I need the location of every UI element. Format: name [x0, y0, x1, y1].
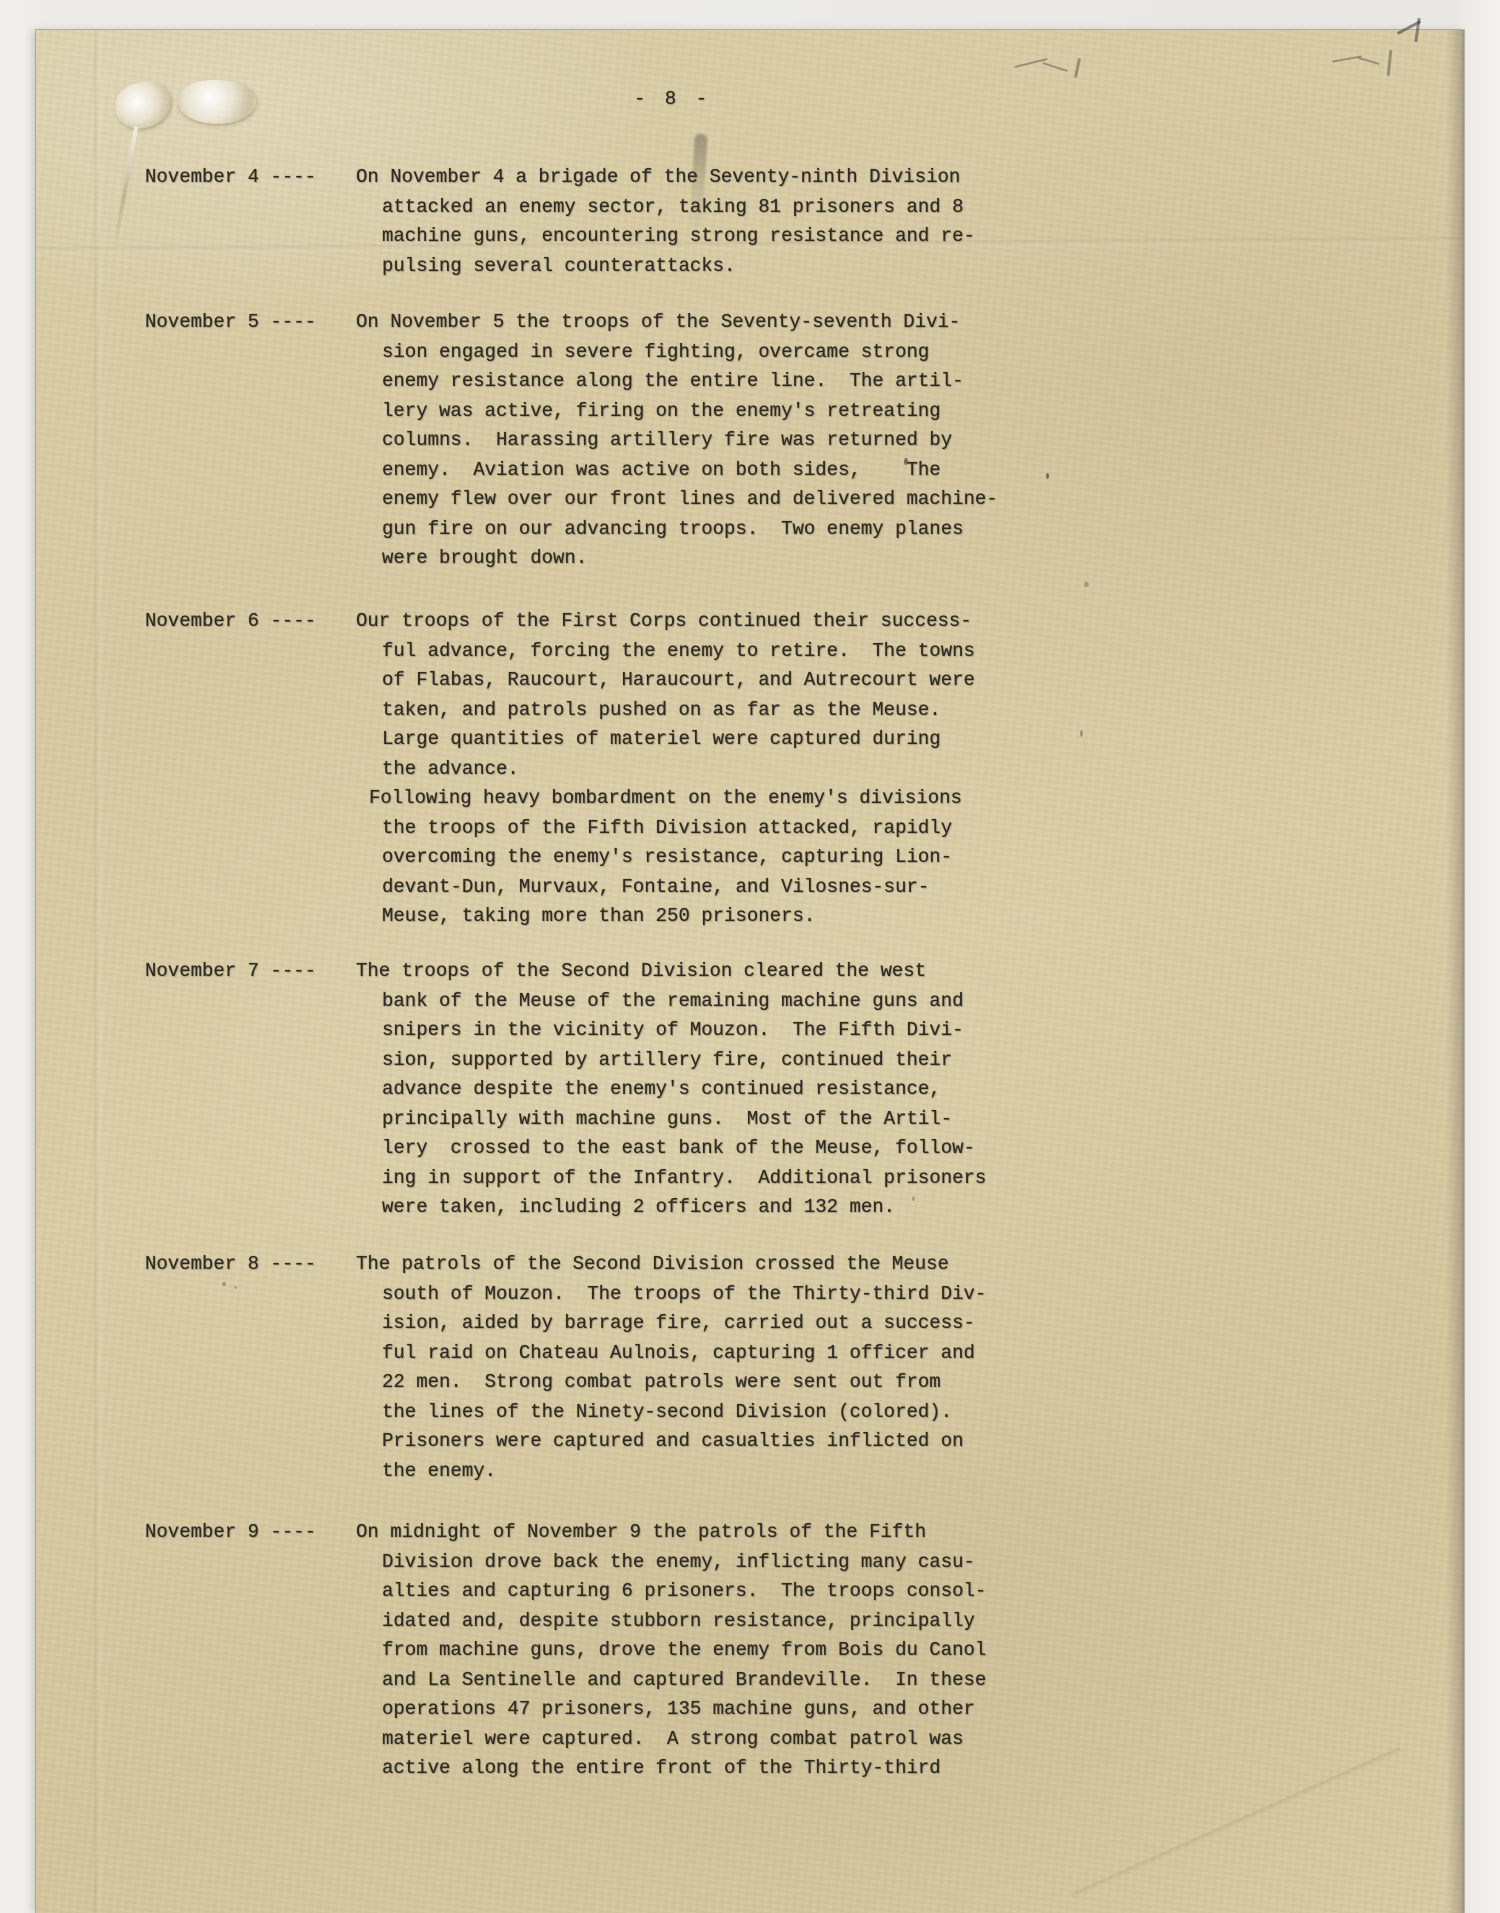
entry-text-line: pulsing several counterattacks.: [382, 252, 1464, 282]
entry-text-line: Our troops of the First Corps continued …: [356, 607, 1464, 637]
entry-paragraph: Following heavy bombardment on the enemy…: [356, 784, 1464, 932]
entry-text-line: attacked an enemy sector, taking 81 pris…: [382, 193, 1464, 223]
entry-text-line: Division drove back the enemy, inflictin…: [382, 1548, 1464, 1578]
entry-text-line: were taken, including 2 officers and 132…: [382, 1193, 1464, 1223]
entry-body: On November 4 a brigade of the Seventy-n…: [356, 163, 1464, 281]
entry-text-line: and La Sentinelle and captured Brandevil…: [382, 1666, 1464, 1696]
entry-text-line: 22 men. Strong combat patrols were sent …: [382, 1368, 1464, 1398]
entry-text-line: idated and, despite stubborn resistance,…: [382, 1607, 1464, 1637]
entry-date: November 7 ----: [145, 957, 356, 1223]
entry-paragraph: On November 4 a brigade of the Seventy-n…: [356, 163, 1464, 281]
entry-paragraph: On November 5 the troops of the Seventy-…: [356, 308, 1464, 574]
entry-text-line: sion engaged in severe fighting, overcam…: [382, 338, 1464, 368]
entry-text-line: materiel were captured. A strong combat …: [382, 1725, 1464, 1755]
journal-entry: November 8 ---- The patrols of the Secon…: [36, 1250, 1464, 1486]
entry-text-line: were brought down.: [382, 544, 1464, 574]
typewritten-content: - 8 - November 4 ---- On November 4 a br…: [36, 30, 1464, 1913]
entry-text-line: Large quantities of materiel were captur…: [382, 725, 1464, 755]
entry-paragraph: Our troops of the First Corps continued …: [356, 607, 1464, 784]
entry-text-line: active along the entire front of the Thi…: [382, 1754, 1464, 1784]
journal-entry: November 4 ---- On November 4 a brigade …: [36, 163, 1464, 281]
entry-text-line: columns. Harassing artillery fire was re…: [382, 426, 1464, 456]
entry-text-line: enemy flew over our front lines and deli…: [382, 485, 1464, 515]
entry-text-line: Meuse, taking more than 250 prisoners.: [382, 902, 1464, 932]
entry-text-line: The troops of the Second Division cleare…: [356, 957, 1464, 987]
entry-text-line: taken, and patrols pushed on as far as t…: [382, 696, 1464, 726]
entry-text-line: snipers in the vicinity of Mouzon. The F…: [382, 1016, 1464, 1046]
entry-text-line: ful raid on Chateau Aulnois, capturing 1…: [382, 1339, 1464, 1369]
page-number: - 8 -: [634, 88, 711, 110]
entry-text-line: of Flabas, Raucourt, Haraucourt, and Aut…: [382, 666, 1464, 696]
entry-text-line: On November 4 a brigade of the Seventy-n…: [356, 163, 1464, 193]
entry-body: On midnight of November 9 the patrols of…: [356, 1518, 1464, 1784]
entry-text-line: devant-Dun, Murvaux, Fontaine, and Vilos…: [382, 873, 1464, 903]
entry-text-line: south of Mouzon. The troops of the Thirt…: [382, 1280, 1464, 1310]
entry-text-line: lery crossed to the east bank of the Meu…: [382, 1134, 1464, 1164]
entry-text-line: enemy resistance along the entire line. …: [382, 367, 1464, 397]
entry-text-line: overcoming the enemy's resistance, captu…: [382, 843, 1464, 873]
entry-text-line: operations 47 prisoners, 135 machine gun…: [382, 1695, 1464, 1725]
entry-paragraph: On midnight of November 9 the patrols of…: [356, 1518, 1464, 1784]
entry-date: November 4 ----: [145, 163, 356, 281]
entry-text-line: ful advance, forcing the enemy to retire…: [382, 637, 1464, 667]
entry-text-line: alties and capturing 6 prisoners. The tr…: [382, 1577, 1464, 1607]
entry-text-line: the troops of the Fifth Division attacke…: [382, 814, 1464, 844]
entry-text-line: sion, supported by artillery fire, conti…: [382, 1046, 1464, 1076]
journal-entry: November 9 ---- On midnight of November …: [36, 1518, 1464, 1784]
entry-text-line: advance despite the enemy's continued re…: [382, 1075, 1464, 1105]
entry-date: November 9 ----: [145, 1518, 356, 1784]
entry-text-line: Following heavy bombardment on the enemy…: [369, 784, 1464, 814]
entry-text-line: The patrols of the Second Division cross…: [356, 1250, 1464, 1280]
entry-text-line: Prisoners were captured and casualties i…: [382, 1427, 1464, 1457]
entry-text-line: lery was active, firing on the enemy's r…: [382, 397, 1464, 427]
entry-date: November 5 ----: [145, 308, 356, 574]
entry-text-line: the enemy.: [382, 1457, 1464, 1487]
entry-text-line: ision, aided by barrage fire, carried ou…: [382, 1309, 1464, 1339]
journal-entry: November 7 ---- The troops of the Second…: [36, 957, 1464, 1223]
entry-text-line: the lines of the Ninety-second Division …: [382, 1398, 1464, 1428]
entry-text-line: On November 5 the troops of the Seventy-…: [356, 308, 1464, 338]
paper-edge-shadow: [1446, 30, 1464, 1913]
entry-text-line: the advance.: [382, 755, 1464, 785]
entry-text-line: from machine guns, drove the enemy from …: [382, 1636, 1464, 1666]
paper-sheet: - 8 - November 4 ---- On November 4 a br…: [36, 30, 1464, 1913]
scanned-document-page: - 8 - November 4 ---- On November 4 a br…: [0, 0, 1500, 1913]
entry-body: On November 5 the troops of the Seventy-…: [356, 308, 1464, 574]
entry-text-line: principally with machine guns. Most of t…: [382, 1105, 1464, 1135]
entry-text-line: bank of the Meuse of the remaining machi…: [382, 987, 1464, 1017]
entry-text-line: ing in support of the Infantry. Addition…: [382, 1164, 1464, 1194]
entry-text-line: On midnight of November 9 the patrols of…: [356, 1518, 1464, 1548]
entry-date: November 8 ----: [145, 1250, 356, 1486]
journal-entry: November 6 ---- Our troops of the First …: [36, 607, 1464, 932]
entry-date: November 6 ----: [145, 607, 356, 932]
entry-body: The patrols of the Second Division cross…: [356, 1250, 1464, 1486]
entry-text-line: enemy. Aviation was active on both sides…: [382, 456, 1464, 486]
entry-text-line: machine guns, encountering strong resist…: [382, 222, 1464, 252]
entry-paragraph: The patrols of the Second Division cross…: [356, 1250, 1464, 1486]
journal-entry: November 5 ---- On November 5 the troops…: [36, 308, 1464, 574]
entry-paragraph: The troops of the Second Division cleare…: [356, 957, 1464, 1223]
entry-text-line: gun fire on our advancing troops. Two en…: [382, 515, 1464, 545]
entry-body: Our troops of the First Corps continued …: [356, 607, 1464, 932]
entry-body: The troops of the Second Division cleare…: [356, 957, 1464, 1223]
